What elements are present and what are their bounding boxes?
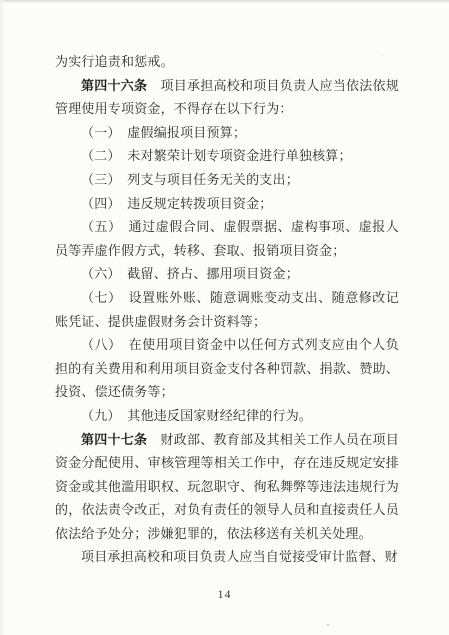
list-item-paragraph: （八） 在使用项目资金中以任何方式列支应由个人负担的有关费用和利用项目资金支付各… [55,333,399,404]
list-item-paragraph: （二） 未对繁荣计划专项资金进行单独核算； [55,144,399,168]
item-number: （三） [81,172,114,187]
document-page: 为实行追责和惩戒。第四十六条 项目承担高校和项目负责人应当依法依规管理使用专项资… [0,0,449,635]
item-number: （二） [81,148,114,163]
list-item-paragraph: （四） 违反规定转拨项目资金； [55,192,399,216]
list-item-paragraph: （九） 其他违反国家财经纪律的行为。 [55,404,399,428]
scan-edge-top [0,0,449,3]
item-number: （六） [81,266,114,281]
item-number: （四） [81,196,114,211]
item-number: （八） [81,337,115,352]
list-item-paragraph: （五） 通过虚假合同、虚假票据、虚构事项、虚报人员等弄虚作假方式，转移、套取、报… [55,215,399,262]
article-number: 第四十七条 [81,432,147,447]
paragraph: 项目承担高校和项目负责人应当自觉接受审计监督、财 [55,545,399,569]
article-number: 第四十六条 [81,78,147,93]
paragraph: 为实行追责和惩戒。 [55,50,399,74]
item-number: （一） [81,125,114,140]
item-number: （九） [81,408,114,423]
list-item-paragraph: （三） 列支与项目任务无关的支出； [55,168,399,192]
scan-speck [327,624,329,626]
scan-edge-left [0,0,5,635]
item-number: （七） [81,290,115,305]
article-paragraph: 第四十七条 财政部、教育部及其相关工作人员在项目资金分配使用、审核管理等相关工作… [55,428,399,546]
page-number: 14 [0,587,449,602]
list-item-paragraph: （六） 截留、挤占、挪用项目资金； [55,262,399,286]
document-text: 为实行追责和惩戒。第四十六条 项目承担高校和项目负责人应当依法依规管理使用专项资… [55,50,399,569]
article-paragraph: 第四十六条 项目承担高校和项目负责人应当依法依规管理使用专项资金，不得存在以下行… [55,74,399,121]
item-number: （五） [81,219,115,234]
list-item-paragraph: （一） 虚假编报项目预算； [55,121,399,145]
list-item-paragraph: （七） 设置账外账、随意调账变动支出、随意修改记账凭证、提供虚假财务会计资料等； [55,286,399,333]
